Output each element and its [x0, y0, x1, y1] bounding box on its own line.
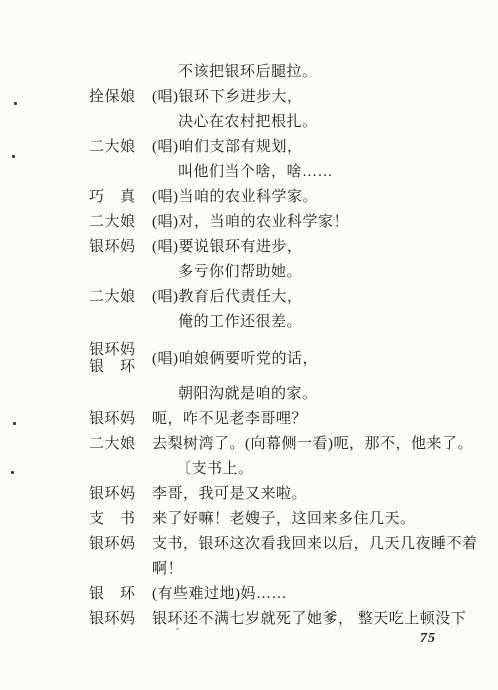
script-line: 俺的工作还很差。 [0, 310, 498, 335]
script-body: 不该把银环后腿拉。拴保娘(唱)银环下乡进步大，决心在农村把根扎。二大娘(唱)咱们… [0, 60, 498, 632]
line-text: (唱)当咱的农业科学家。 [152, 185, 318, 210]
speaker-name: 银环妈 [89, 342, 152, 359]
stage-direction-text: 〔支书上。 [176, 457, 254, 482]
script-line: 拴保娘(唱)银环下乡进步大， [0, 85, 498, 110]
line-text: 朝阳沟就是咱的家。 [178, 382, 318, 407]
line-text: 决心在农村把根扎。 [178, 110, 318, 135]
speaker-name: 二大娘 [89, 285, 152, 310]
scan-speck [12, 155, 15, 158]
speaker-name: 银环妈 [89, 482, 152, 507]
script-line: 二大娘(唱)教育后代责任大， [0, 285, 498, 310]
script-line: 二大娘(唱)对，当咱的农业科学家！ [0, 210, 498, 235]
line-text: 去梨树湾了。(向幕侧一看)呃，那不，他来了。 [152, 432, 473, 457]
page-number: 75 [420, 631, 436, 647]
line-text: 来了好嘛！老嫂子，这回来多住几天。 [152, 507, 416, 532]
speaker-name: 巧 真 [89, 185, 152, 210]
line-text: 啊！ [152, 557, 183, 582]
line-text: (唱)咱们支部有规划， [152, 135, 303, 160]
line-text: 多亏你们帮助她。 [178, 260, 302, 285]
speaker-name: 银 环 [89, 582, 152, 607]
line-text: (唱)咱娘俩要听党的话， [152, 347, 318, 372]
script-line: 不该把银环后腿拉。 [0, 60, 498, 85]
speaker-name: 二大娘 [89, 210, 152, 235]
script-line: 二大娘去梨树湾了。(向幕侧一看)呃，那不，他来了。 [0, 432, 498, 457]
script-line: 多亏你们帮助她。 [0, 260, 498, 285]
script-line: 银环妈银 环(唱)咱娘俩要听党的话， [0, 340, 498, 378]
script-line: 巧 真(唱)当咱的农业科学家。 [0, 185, 498, 210]
scan-speck [11, 471, 14, 474]
script-line: 银环妈呃，咋不见老李哥哩？ [0, 407, 498, 432]
script-line: 银环妈银环还不满七岁就死了她爹， 整天吃上顿没下 [0, 607, 498, 632]
speaker-name: 银环妈 [89, 407, 152, 432]
speaker-name: 银环妈 [89, 532, 152, 557]
script-line: 啊！ [0, 557, 498, 582]
speaker-name-stack: 银环妈银 环 [89, 342, 152, 376]
line-text: 俺的工作还很差。 [178, 310, 302, 335]
scanned-script-page: 不该把银环后腿拉。拴保娘(唱)银环下乡进步大，决心在农村把根扎。二大娘(唱)咱们… [0, 0, 498, 690]
speaker-name: 二大娘 [89, 135, 152, 160]
speaker-name: 二大娘 [89, 432, 152, 457]
line-text: 呃，咋不见老李哥哩？ [152, 407, 307, 432]
script-line: 银环妈李哥，我可是又来啦。 [0, 482, 498, 507]
script-line: 支 书来了好嘛！老嫂子，这回来多住几天。 [0, 507, 498, 532]
script-line: 银环妈支书，银环这次看我回来以后，几天几夜睡不着 [0, 532, 498, 557]
line-text: 支书，银环这次看我回来以后，几天几夜睡不着 [152, 532, 478, 557]
speaker-name: 银环妈 [89, 607, 152, 632]
script-line: 二大娘(唱)咱们支部有规划， [0, 135, 498, 160]
line-text: (唱)教育后代责任大， [152, 285, 303, 310]
line-text: 银环还不满七岁就死了她爹， 整天吃上顿没下 [152, 607, 466, 632]
line-text: (唱)对，当咱的农业科学家！ [152, 210, 349, 235]
stage-direction-line: 〔支书上。 [0, 457, 498, 482]
line-text: (唱)银环下乡进步大， [152, 85, 303, 110]
speaker-name: 拴保娘 [89, 85, 152, 110]
line-text: (唱)要说银环有进步， [152, 235, 303, 260]
line-text: (有些难过地)妈…… [152, 582, 287, 607]
script-line: 叫他们当个啥，啥…… [0, 160, 498, 185]
line-text: 李哥，我可是又来啦。 [152, 482, 307, 507]
script-line: 银环妈(唱)要说银环有进步， [0, 235, 498, 260]
speaker-name: 银环妈 [89, 235, 152, 260]
script-line: 决心在农村把根扎。 [0, 110, 498, 135]
speaker-name: 支 书 [89, 507, 152, 532]
speaker-name: 银 环 [89, 359, 152, 376]
line-text: 不该把银环后腿拉。 [178, 60, 318, 85]
line-text: 叫他们当个啥，啥…… [178, 160, 333, 185]
script-line: 朝阳沟就是咱的家。 [0, 382, 498, 407]
scan-speck [13, 422, 16, 425]
script-line: 银 环(有些难过地)妈…… [0, 582, 498, 607]
scan-speck [14, 102, 17, 105]
scan-speck [176, 628, 179, 630]
